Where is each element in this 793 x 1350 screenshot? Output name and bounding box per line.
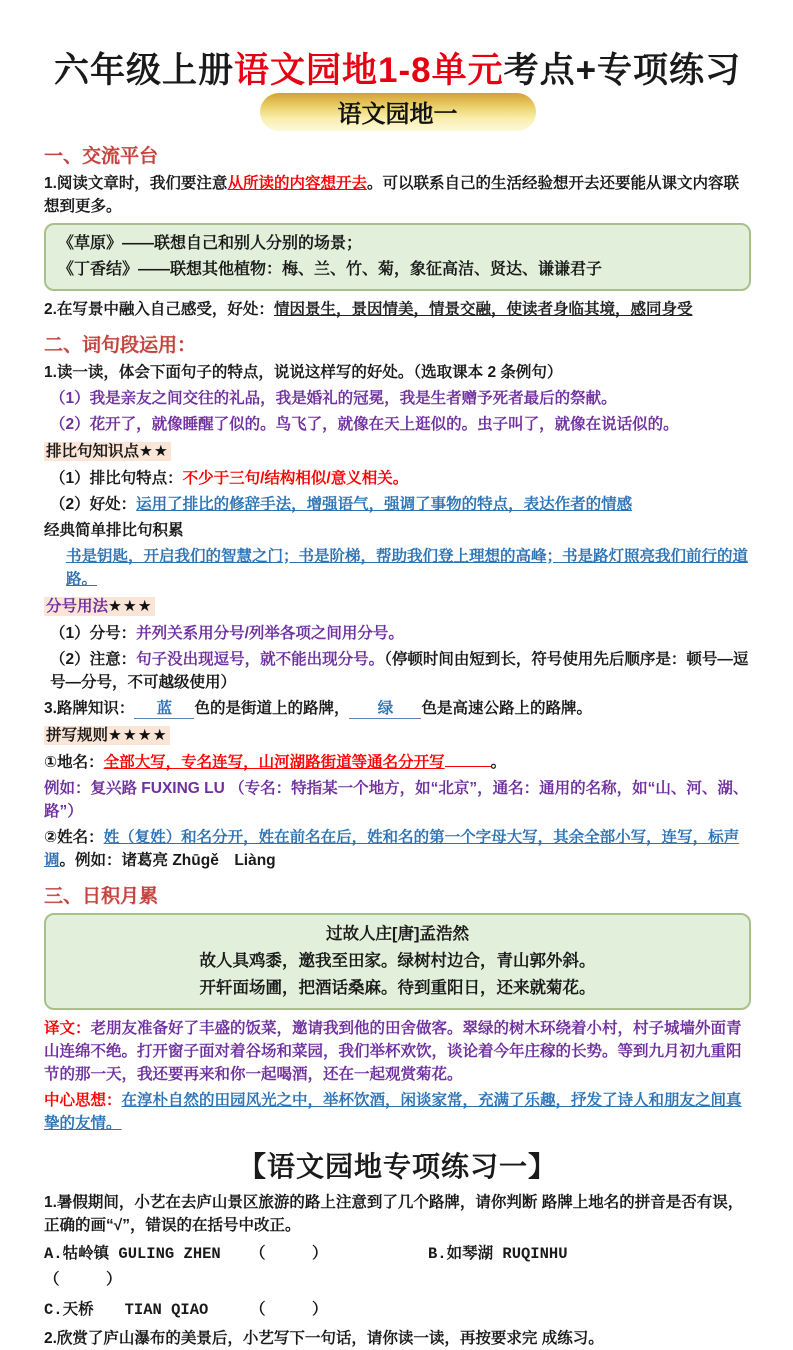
practice-options-row1: A.牯岭镇 GULING ZHEN（ ）B.如琴湖 RUQINHU（ ）	[44, 1241, 751, 1293]
lupai-mid-text: 色的是街道上的路牌，	[194, 700, 349, 717]
fenhao-stars: ★★★	[108, 598, 153, 615]
place-rule-answer: 全部大写，专名连写，山河湖路街道等通名分开写	[104, 754, 445, 771]
lupai-blank-blue: 蓝	[134, 699, 194, 719]
lupai-knowledge: 3.路牌知识：蓝色的是街道上的路牌，绿色是高速公路上的路牌。	[44, 697, 751, 720]
fenhao-highlight: 分号用法★★★	[44, 597, 155, 616]
pinxie-highlight: 拼写规则★★★★	[44, 726, 170, 745]
poem-title: 过故人庄[唐]孟浩然	[58, 921, 737, 948]
page-title: 六年级上册语文园地1-8单元考点+专项练习	[44, 52, 751, 91]
paragraph-reading-tip: 1.阅读文章时，我们要注意从所读的内容想开去。可以联系自己的生活经验想开去还要能…	[44, 172, 751, 218]
lupai-post-text: 色是高速公路上的路牌。	[421, 700, 592, 717]
poem-line-1: 故人具鸡黍，邀我至田家。绿树村边合，青山郭外斜。	[58, 948, 737, 975]
translation-label: 译文：	[44, 1020, 91, 1037]
scene-feeling-label: 2.在写景中融入自己感受，好处：	[44, 301, 274, 318]
pinxie-place-rule: ①地名：全部大写，专名连写，山河湖路街道等通名分开写。	[44, 751, 751, 774]
paibiju-benefit-label: （2）好处：	[50, 496, 136, 513]
pinxie-title: 拼写规则	[46, 727, 108, 744]
practice-options-row2: C.天桥 TIAN QIAO（ ）	[44, 1297, 751, 1323]
theme-text: 在淳朴自然的田园风光之中，举杯饮酒，闲谈家常，充满了乐趣，抒发了诗人和朋友之间真…	[44, 1092, 742, 1132]
paibiju-benefit-answer: 运用了排比的修辞手法，增强语气，强调了事物的特点，表达作者的情感	[136, 496, 632, 513]
practice-heading: 【语文园地专项练习一】	[44, 1145, 751, 1185]
theme-label: 中心思想：	[44, 1092, 122, 1109]
pinxie-name-rule: ②姓名：姓（复姓）和名分开，姓在前名在后，姓和名的第一个字母大写，其余全部小写，…	[44, 826, 751, 872]
q1-instruction: 1.读一读，体会下面句子的特点，说说这样写的好处。（选取课本 2 条例句）	[44, 361, 751, 384]
scene-feeling-answer: 情因景生，景因情美，情景交融，使读者身临其境，感同身受	[274, 301, 693, 318]
place-rule-blank-tail	[445, 752, 491, 767]
unit-badge: 语文园地一	[260, 93, 536, 131]
example-caoyuan: 《草原》——联想自己和别人分别的场景；	[58, 231, 737, 257]
q1-example-2: （2）花开了，就像睡醒了似的。鸟飞了，就像在天上逛似的。虫子叫了，就像在说话似的…	[44, 413, 751, 436]
paibiju-feature: （1）排比句特点：不少于三句/结构相似/意义相关。	[44, 467, 751, 490]
poem-translation: 译文：老朋友准备好了丰盛的饭菜，邀请我到他的田舍做客。翠绿的树木环绕着小村，村子…	[44, 1017, 751, 1086]
paibiju-stars: ★★	[139, 443, 169, 460]
paibiju-subheading: 排比句知识点★★	[44, 440, 751, 464]
title-grade: 六年级上册	[54, 51, 234, 90]
paibiju-accum-title: 经典简单排比句积累	[44, 519, 751, 542]
example-dingxiangjie: 《丁香结》——联想其他植物：梅、兰、竹、菊，象征高洁、贤达、谦谦君子	[58, 257, 737, 283]
paibiju-accum-text: 书是钥匙，开启我们的智慧之门；书是阶梯，帮助我们登上理想的高峰；书是路灯照亮我们…	[44, 545, 751, 591]
pinxie-subheading: 拼写规则★★★★	[44, 724, 751, 748]
option-a: A.牯岭镇 GULING ZHEN	[44, 1241, 250, 1267]
option-b: B.如琴湖 RUQINHU	[428, 1241, 680, 1267]
name-rule-label: ②姓名：	[44, 829, 104, 846]
place-rule-label: ①地名：	[44, 754, 104, 771]
paibiju-feature-answer: 不少于三句/结构相似/意义相关。	[183, 470, 409, 487]
q1-example-1: （1）我是亲友之间交往的礼品，我是婚礼的冠冕，我是生者赠予死者最后的祭献。	[44, 387, 751, 410]
reading-tip-key-phrase: 从所读的内容想开去	[227, 175, 367, 192]
fenhao-rule: （1）分号：并列关系用分号/列举各项之间用分号。	[44, 622, 751, 645]
fenhao-note-answer: 句子没出现逗号，就不能出现分号。	[136, 651, 384, 668]
paibiju-accum-sentence: 书是钥匙，开启我们的智慧之门；书是阶梯，帮助我们登上理想的高峰；书是路灯照亮我们…	[66, 548, 748, 588]
pinxie-place-example: 例如：复兴路 FUXING LU （专名：特指某一个地方，如“北京”，通名：通用…	[44, 777, 751, 823]
reading-tip-pre: 1.阅读文章时，我们要注意	[44, 175, 227, 192]
poem-line-2: 开轩面场圃，把酒话桑麻。待到重阳日，还来就菊花。	[58, 975, 737, 1002]
translation-text: 老朋友准备好了丰盛的饭菜，邀请我到他的田舍做客。翠绿的树木环绕着小村，村子城墙外…	[44, 1020, 742, 1083]
fenhao-title: 分号用法	[46, 598, 108, 615]
paragraph-scene-feeling: 2.在写景中融入自己感受，好处：情因景生，景因情美，情景交融，使读者身临其境，感…	[44, 298, 751, 321]
paibiju-highlight: 排比句知识点★★	[44, 442, 171, 461]
lupai-blank-green: 绿	[349, 699, 421, 719]
name-rule-example: 。例如：诸葛亮 Zhūgě Liàng	[60, 852, 276, 869]
section-heading-ciju: 二、词句段运用：	[44, 330, 751, 357]
practice-q2: 2.欣赏了庐山瀑布的美景后，小艺写下一句话，请你读一读，再按要求完 成练习。	[44, 1327, 751, 1350]
practice-q1: 1.暑假期间，小艺在去庐山景区旅游的路上注意到了几个路牌，请你判断 路牌上地名的…	[44, 1191, 751, 1237]
fenhao-note: （2）注意：句子没出现逗号，就不能出现分号。（停顿时间由短到长，符号使用先后顺序…	[44, 648, 751, 694]
fenhao-rule-label: （1）分号：	[50, 625, 136, 642]
fenhao-note-label: （2）注意：	[50, 651, 136, 668]
lupai-label: 3.路牌知识：	[44, 700, 134, 717]
option-a-answer-paren[interactable]: （ ）	[250, 1241, 428, 1267]
worksheet-page: 六年级上册语文园地1-8单元考点+专项练习 语文园地一 一、交流平台 1.阅读文…	[0, 0, 793, 1350]
paibiju-benefit: （2）好处：运用了排比的修辞手法，增强语气，强调了事物的特点，表达作者的情感	[44, 493, 751, 516]
unit-badge-label: 语文园地一	[338, 94, 458, 129]
fenhao-subheading: 分号用法★★★	[44, 595, 751, 619]
option-c-answer-paren[interactable]: （ ）	[250, 1297, 428, 1323]
place-rule-period: 。	[491, 754, 507, 771]
poem-box: 过故人庄[唐]孟浩然 故人具鸡黍，邀我至田家。绿树村边合，青山郭外斜。 开轩面场…	[44, 913, 751, 1010]
poem-theme: 中心思想：在淳朴自然的田园风光之中，举杯饮酒，闲谈家常，充满了乐趣，抒发了诗人和…	[44, 1089, 751, 1135]
title-suffix: 考点+专项练习	[504, 51, 741, 90]
fenhao-rule-answer: 并列关系用分号/列举各项之间用分号。	[136, 625, 404, 642]
section-heading-jiaoliu: 一、交流平台	[44, 141, 751, 168]
examples-box: 《草原》——联想自己和别人分别的场景； 《丁香结》——联想其他植物：梅、兰、竹、…	[44, 223, 751, 291]
pinxie-stars: ★★★★	[108, 727, 168, 744]
section-heading-riji: 三、日积月累	[44, 881, 751, 908]
paibiju-title: 排比句知识点	[46, 443, 139, 460]
option-c: C.天桥 TIAN QIAO	[44, 1297, 250, 1323]
option-b-answer-paren[interactable]: （ ）	[44, 1271, 122, 1289]
title-unit-range: 语文园地1-8单元	[234, 51, 504, 90]
paibiju-feature-label: （1）排比句特点：	[50, 470, 183, 487]
